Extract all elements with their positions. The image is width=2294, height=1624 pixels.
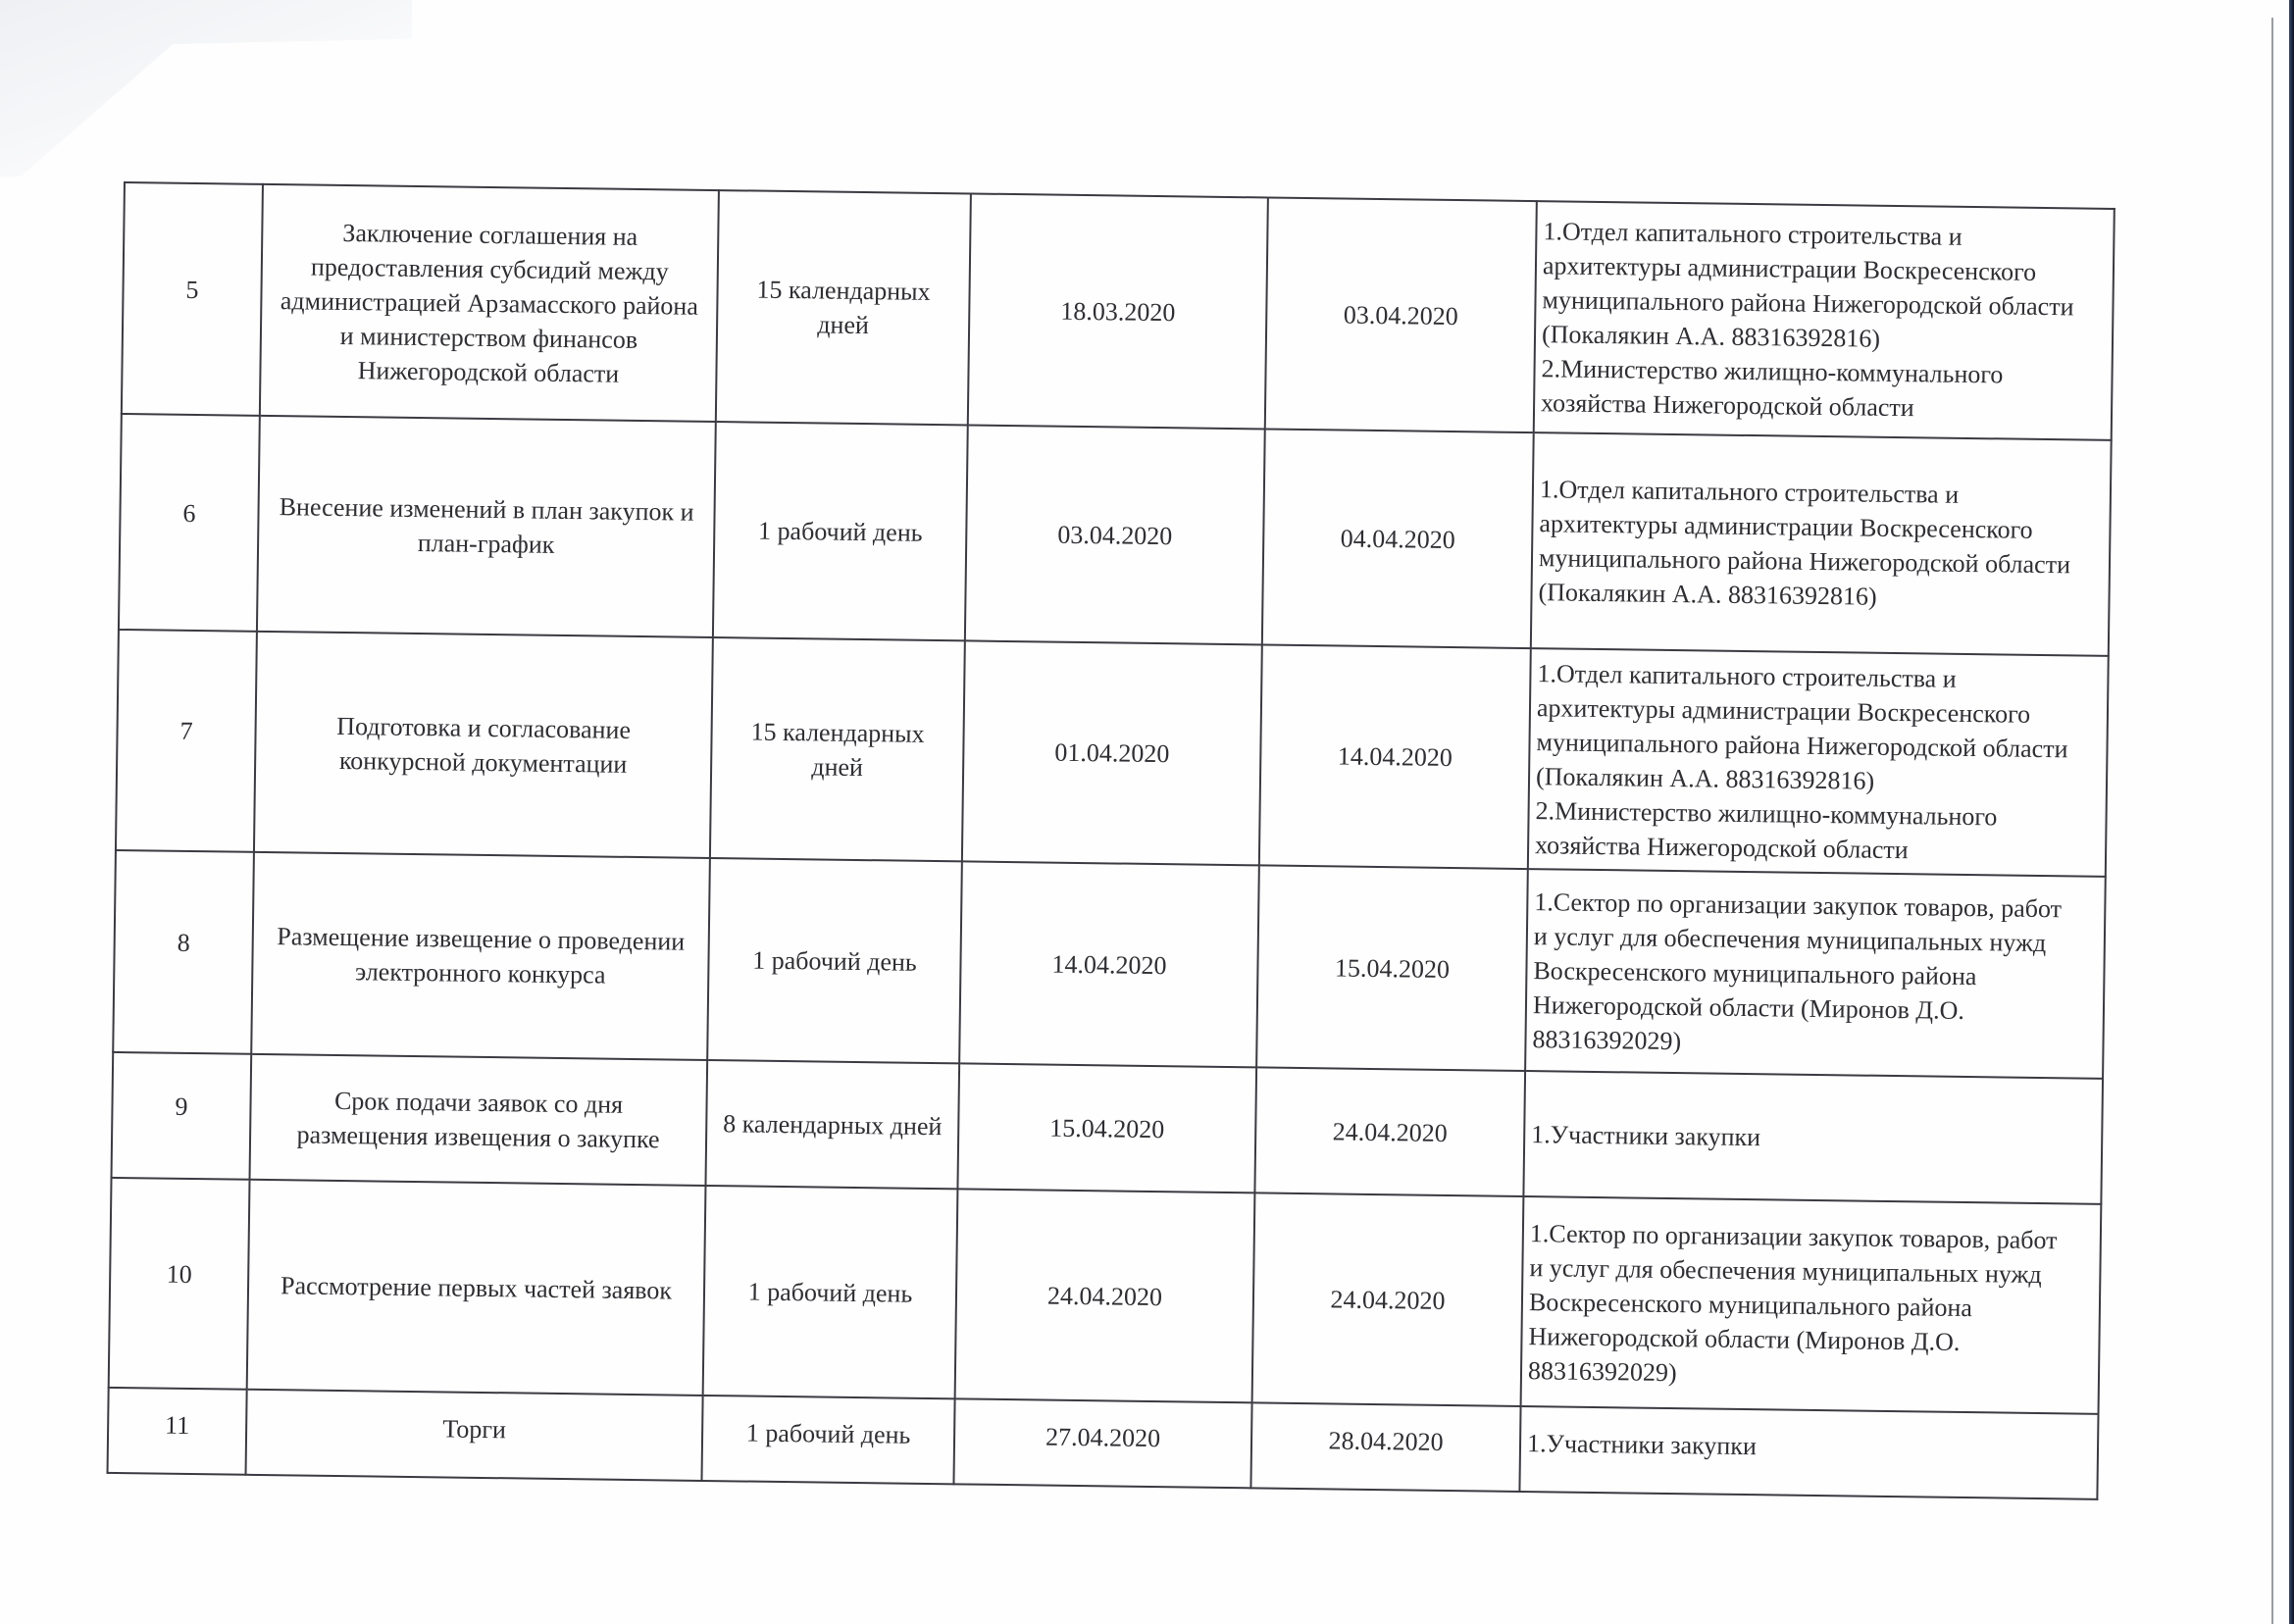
end-date: 28.04.2020	[1328, 1423, 1443, 1459]
page-edge-line	[2271, 18, 2273, 1624]
table-row: 7 Подготовка и согласование конкурсной д…	[116, 630, 2109, 877]
end-date-cell: 14.04.2020	[1259, 644, 1531, 869]
end-date-cell: 04.04.2020	[1262, 429, 1534, 648]
responsible-cell: 1.Отдел капитального строительства и арх…	[1534, 201, 2115, 440]
end-date: 24.04.2020	[1333, 1114, 1448, 1150]
end-date: 14.04.2020	[1338, 738, 1453, 775]
start-date-cell: 24.04.2020	[955, 1189, 1255, 1402]
responsible-text: 1.Сектор по организации закупок товаров,…	[1528, 1216, 2058, 1395]
start-date-cell: 18.03.2020	[968, 193, 1268, 429]
start-date-cell: 14.04.2020	[959, 861, 1259, 1067]
stage-cell: Срок подачи заявок со дня размещения изв…	[250, 1054, 708, 1186]
row-number: 11	[165, 1408, 190, 1443]
end-date-cell: 28.04.2020	[1250, 1402, 1520, 1492]
duration-cell: 1 рабочий день	[707, 858, 962, 1063]
duration-cell: 1 рабочий день	[703, 1186, 958, 1398]
responsible-cell: 1.Участники закупки	[1519, 1406, 2098, 1499]
end-date: 04.04.2020	[1341, 521, 1455, 557]
responsible-cell: 1.Участники закупки	[1523, 1071, 2103, 1204]
end-date-cell: 15.04.2020	[1256, 865, 1528, 1071]
start-date: 01.04.2020	[1054, 736, 1169, 772]
schedule-table: 5 Заключение соглашения на предоставлени…	[107, 181, 2116, 1500]
end-date-cell: 03.04.2020	[1265, 197, 1537, 432]
responsible-text: 1.Сектор по организации закупок товаров,…	[1532, 885, 2062, 1063]
duration-text: 1 рабочий день	[752, 942, 917, 979]
start-date-cell: 15.04.2020	[957, 1063, 1256, 1193]
responsible-text: 1.Участники закупки	[1531, 1117, 1760, 1154]
responsible-text: 1.Отдел капитального строительства и арх…	[1535, 656, 2069, 869]
start-date-cell: 27.04.2020	[953, 1398, 1251, 1488]
stage-cell: Подготовка и согласование конкурсной док…	[254, 632, 713, 858]
end-date: 24.04.2020	[1330, 1282, 1445, 1318]
duration-text: 8 календарных дней	[723, 1106, 943, 1143]
row-number: 7	[179, 714, 192, 748]
duration-cell: 1 рабочий день	[713, 422, 968, 640]
stage-text: Торги	[442, 1411, 506, 1446]
end-date: 03.04.2020	[1344, 297, 1458, 333]
start-date-cell: 01.04.2020	[962, 640, 1262, 865]
responsible-cell: 1.Отдел капитального строительства и арх…	[1531, 432, 2112, 656]
end-date: 15.04.2020	[1335, 950, 1450, 987]
stage-cell: Размещение извещение о проведении электр…	[251, 852, 710, 1060]
row-number-cell: 11	[108, 1388, 247, 1475]
responsible-cell: 1.Сектор по организации закупок товаров,…	[1521, 1196, 2102, 1414]
row-number-cell: 8	[113, 850, 254, 1054]
responsible-text: 1.Отдел капитального строительства и арх…	[1541, 214, 2075, 427]
row-number: 5	[185, 272, 198, 306]
row-number-cell: 10	[109, 1178, 250, 1390]
start-date: 03.04.2020	[1057, 517, 1172, 553]
duration-cell: 1 рабочий день	[701, 1396, 954, 1484]
stage-text: Внесение изменений в план закупок и план…	[279, 489, 694, 564]
responsible-cell: 1.Сектор по организации закупок товаров,…	[1525, 869, 2106, 1079]
row-number: 6	[182, 495, 195, 530]
responsible-text: 1.Отдел капитального строительства и арх…	[1538, 472, 2071, 616]
row-number-cell: 5	[122, 182, 263, 416]
stage-text: Срок подачи заявок со дня размещения изв…	[296, 1083, 660, 1156]
table-row: 8 Размещение извещение о проведении элек…	[113, 850, 2106, 1079]
row-number: 8	[177, 925, 189, 959]
start-date-cell: 03.04.2020	[965, 425, 1265, 644]
start-date: 24.04.2020	[1047, 1278, 1162, 1314]
duration-cell: 15 календарных дней	[716, 190, 971, 425]
table-row: 6 Внесение изменений в план закупок и пл…	[119, 414, 2112, 656]
duration-cell: 8 календарных дней	[705, 1060, 959, 1189]
row-number: 10	[166, 1256, 191, 1291]
duration-text: 15 календарных дней	[756, 273, 931, 343]
row-number: 9	[175, 1089, 187, 1123]
start-date: 18.03.2020	[1060, 293, 1175, 330]
start-date: 27.04.2020	[1045, 1420, 1160, 1456]
stage-text: Заключение соглашения на предоставления …	[280, 215, 699, 392]
duration-cell: 15 календарных дней	[710, 637, 965, 861]
duration-text: 1 рабочий день	[748, 1274, 913, 1310]
stage-cell: Торги	[246, 1390, 703, 1481]
responsible-text: 1.Участники закупки	[1527, 1426, 1757, 1463]
row-number-cell: 6	[119, 414, 260, 632]
stage-cell: Рассмотрение первых частей заявок	[247, 1180, 706, 1396]
scan-shadow	[0, 0, 412, 177]
row-number-cell: 9	[112, 1052, 252, 1180]
table-row: 10 Рассмотрение первых частей заявок 1 р…	[109, 1178, 2102, 1414]
duration-text: 15 календарных дней	[750, 714, 925, 785]
duration-text: 1 рабочий день	[758, 513, 923, 549]
start-date: 15.04.2020	[1049, 1110, 1164, 1146]
stage-cell: Внесение изменений в план закупок и план…	[257, 416, 716, 637]
duration-text: 1 рабочий день	[746, 1416, 911, 1452]
row-number-cell: 7	[116, 630, 257, 852]
schedule-table-container: 5 Заключение соглашения на предоставлени…	[107, 181, 2114, 1498]
stage-cell: Заключение соглашения на предоставления …	[260, 184, 719, 422]
end-date-cell: 24.04.2020	[1252, 1193, 1524, 1406]
end-date-cell: 24.04.2020	[1254, 1067, 1525, 1196]
table-row: 5 Заключение соглашения на предоставлени…	[122, 182, 2115, 440]
scanner-edge	[2289, 0, 2294, 1624]
responsible-cell: 1.Отдел капитального строительства и арх…	[1528, 648, 2109, 877]
stage-text: Рассмотрение первых частей заявок	[280, 1268, 672, 1307]
stage-text: Подготовка и согласование конкурсной док…	[336, 708, 632, 781]
stage-text: Размещение извещение о проведении электр…	[277, 919, 686, 993]
start-date: 14.04.2020	[1051, 946, 1166, 983]
